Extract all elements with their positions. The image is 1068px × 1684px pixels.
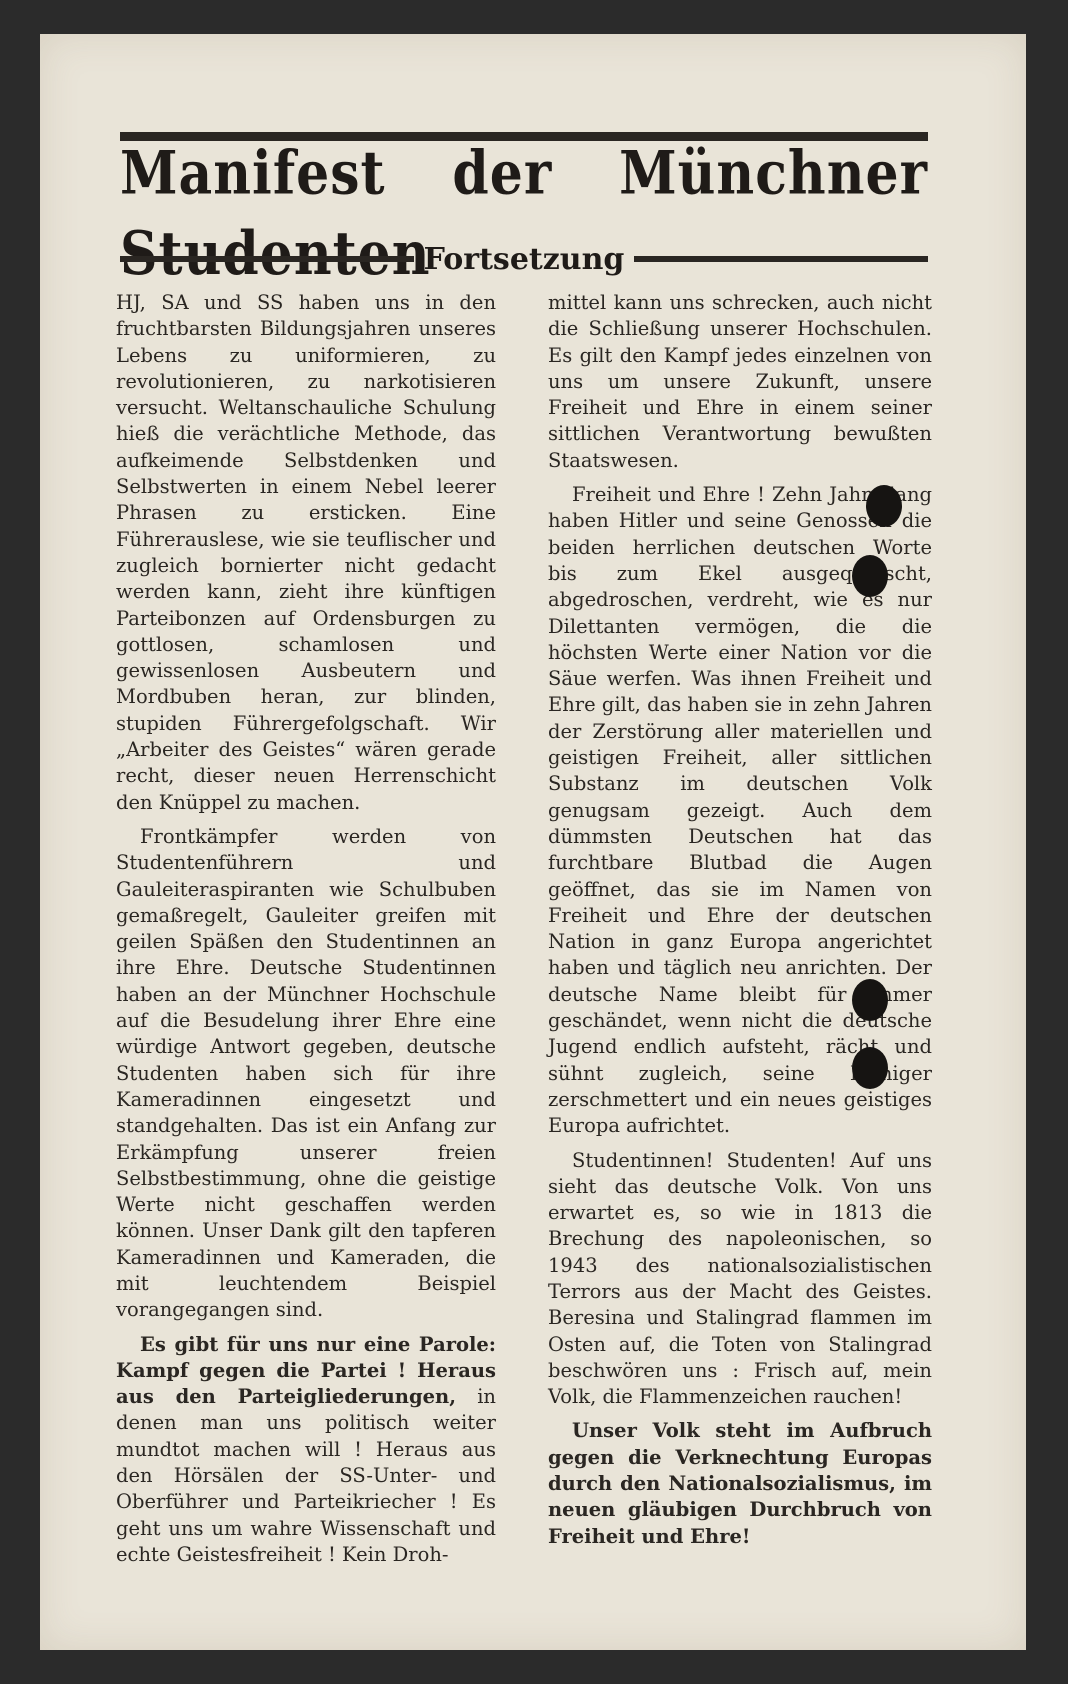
- subtitle-rule-right: [634, 256, 928, 262]
- paragraph: Unser Volk steht im Aufbruch gegen die V…: [548, 1418, 932, 1549]
- subtitle-rule-left: [120, 256, 414, 262]
- left-column: HJ, SA und SS haben uns in den fruchtbar…: [116, 290, 496, 1576]
- document-subtitle: Fortsetzung: [414, 242, 635, 277]
- right-column: mittel kann uns schrecken, auch nicht di…: [548, 290, 932, 1558]
- leaflet-page: Manifest der Münchner Studenten Fortsetz…: [40, 34, 1026, 1650]
- paragraph-text: in denen man uns politisch weiter mundto…: [116, 1385, 496, 1566]
- bold-closing: Unser Volk steht im Aufbruch gegen die V…: [548, 1419, 932, 1547]
- subtitle-row: Fortsetzung: [120, 239, 928, 279]
- punch-hole: [852, 555, 888, 597]
- bold-slogan: Es gibt für uns nur eine Parole: Kampf g…: [116, 1333, 496, 1409]
- paragraph: Frontkämpfer werden von Studentenführern…: [116, 824, 496, 1324]
- paragraph: HJ, SA und SS haben uns in den fruchtbar…: [116, 290, 496, 816]
- paragraph: Es gibt für uns nur eine Parole: Kampf g…: [116, 1332, 496, 1569]
- punch-hole: [866, 485, 902, 527]
- paragraph: mittel kann uns schrecken, auch nicht di…: [548, 290, 932, 474]
- paragraph: Studentinnen! Studenten! Auf uns sieht d…: [548, 1148, 932, 1411]
- punch-hole: [852, 1047, 888, 1089]
- punch-hole: [852, 979, 888, 1021]
